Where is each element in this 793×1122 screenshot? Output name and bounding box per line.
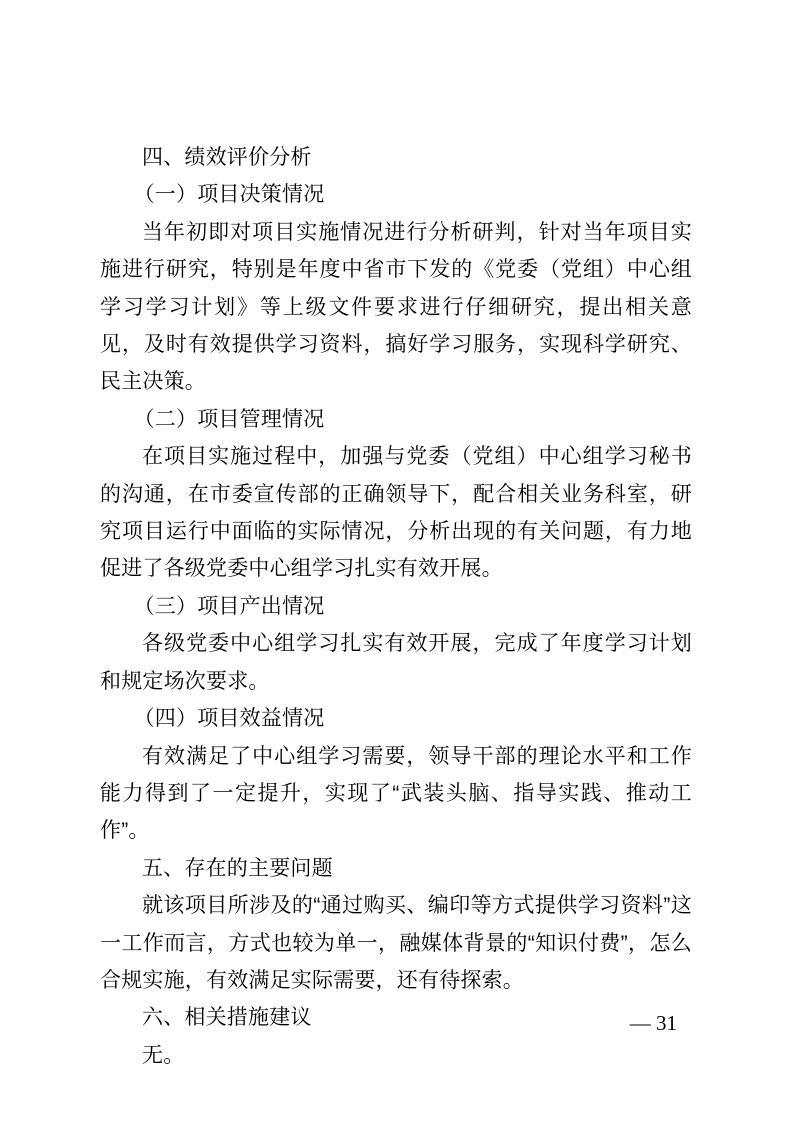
section-heading-performance-analysis: 四、绩效评价分析 xyxy=(100,139,692,176)
paragraph-project-output: 各级党委中心组学习扎实有效开展，完成了年度学习计划和规定场次要求。 xyxy=(100,625,692,700)
section-heading-main-problems: 五、存在的主要问题 xyxy=(100,850,692,887)
paragraph-suggestions-none: 无。 xyxy=(100,1037,692,1074)
document-page: 四、绩效评价分析 （一）项目决策情况 当年初即对项目实施情况进行分析研判，针对当… xyxy=(0,0,793,1122)
paragraph-main-problems: 就该项目所涉及的“通过购买、编印等方式提供学习资料”这一工作而言，方式也较为单一… xyxy=(100,887,692,999)
subsection-heading-project-output: （三）项目产出情况 xyxy=(100,588,692,625)
subsection-heading-project-decision: （一）项目决策情况 xyxy=(100,176,692,213)
document-body: 四、绩效评价分析 （一）项目决策情况 当年初即对项目实施情况进行分析研判，针对当… xyxy=(100,139,692,1074)
paragraph-project-management: 在项目实施过程中，加强与党委（党组）中心组学习秘书的沟通，在市委宣传部的正确领导… xyxy=(100,438,692,588)
paragraph-project-benefit: 有效满足了中心组学习需要，领导干部的理论水平和工作能力得到了一定提升，实现了“武… xyxy=(100,738,692,850)
subsection-heading-project-management: （二）项目管理情况 xyxy=(100,401,692,438)
subsection-heading-project-benefit: （四）项目效益情况 xyxy=(100,700,692,737)
paragraph-project-decision: 当年初即对项目实施情况进行分析研判，针对当年项目实施进行研究，特别是年度中省市下… xyxy=(100,214,692,401)
page-number: — 31 xyxy=(0,1010,677,1036)
